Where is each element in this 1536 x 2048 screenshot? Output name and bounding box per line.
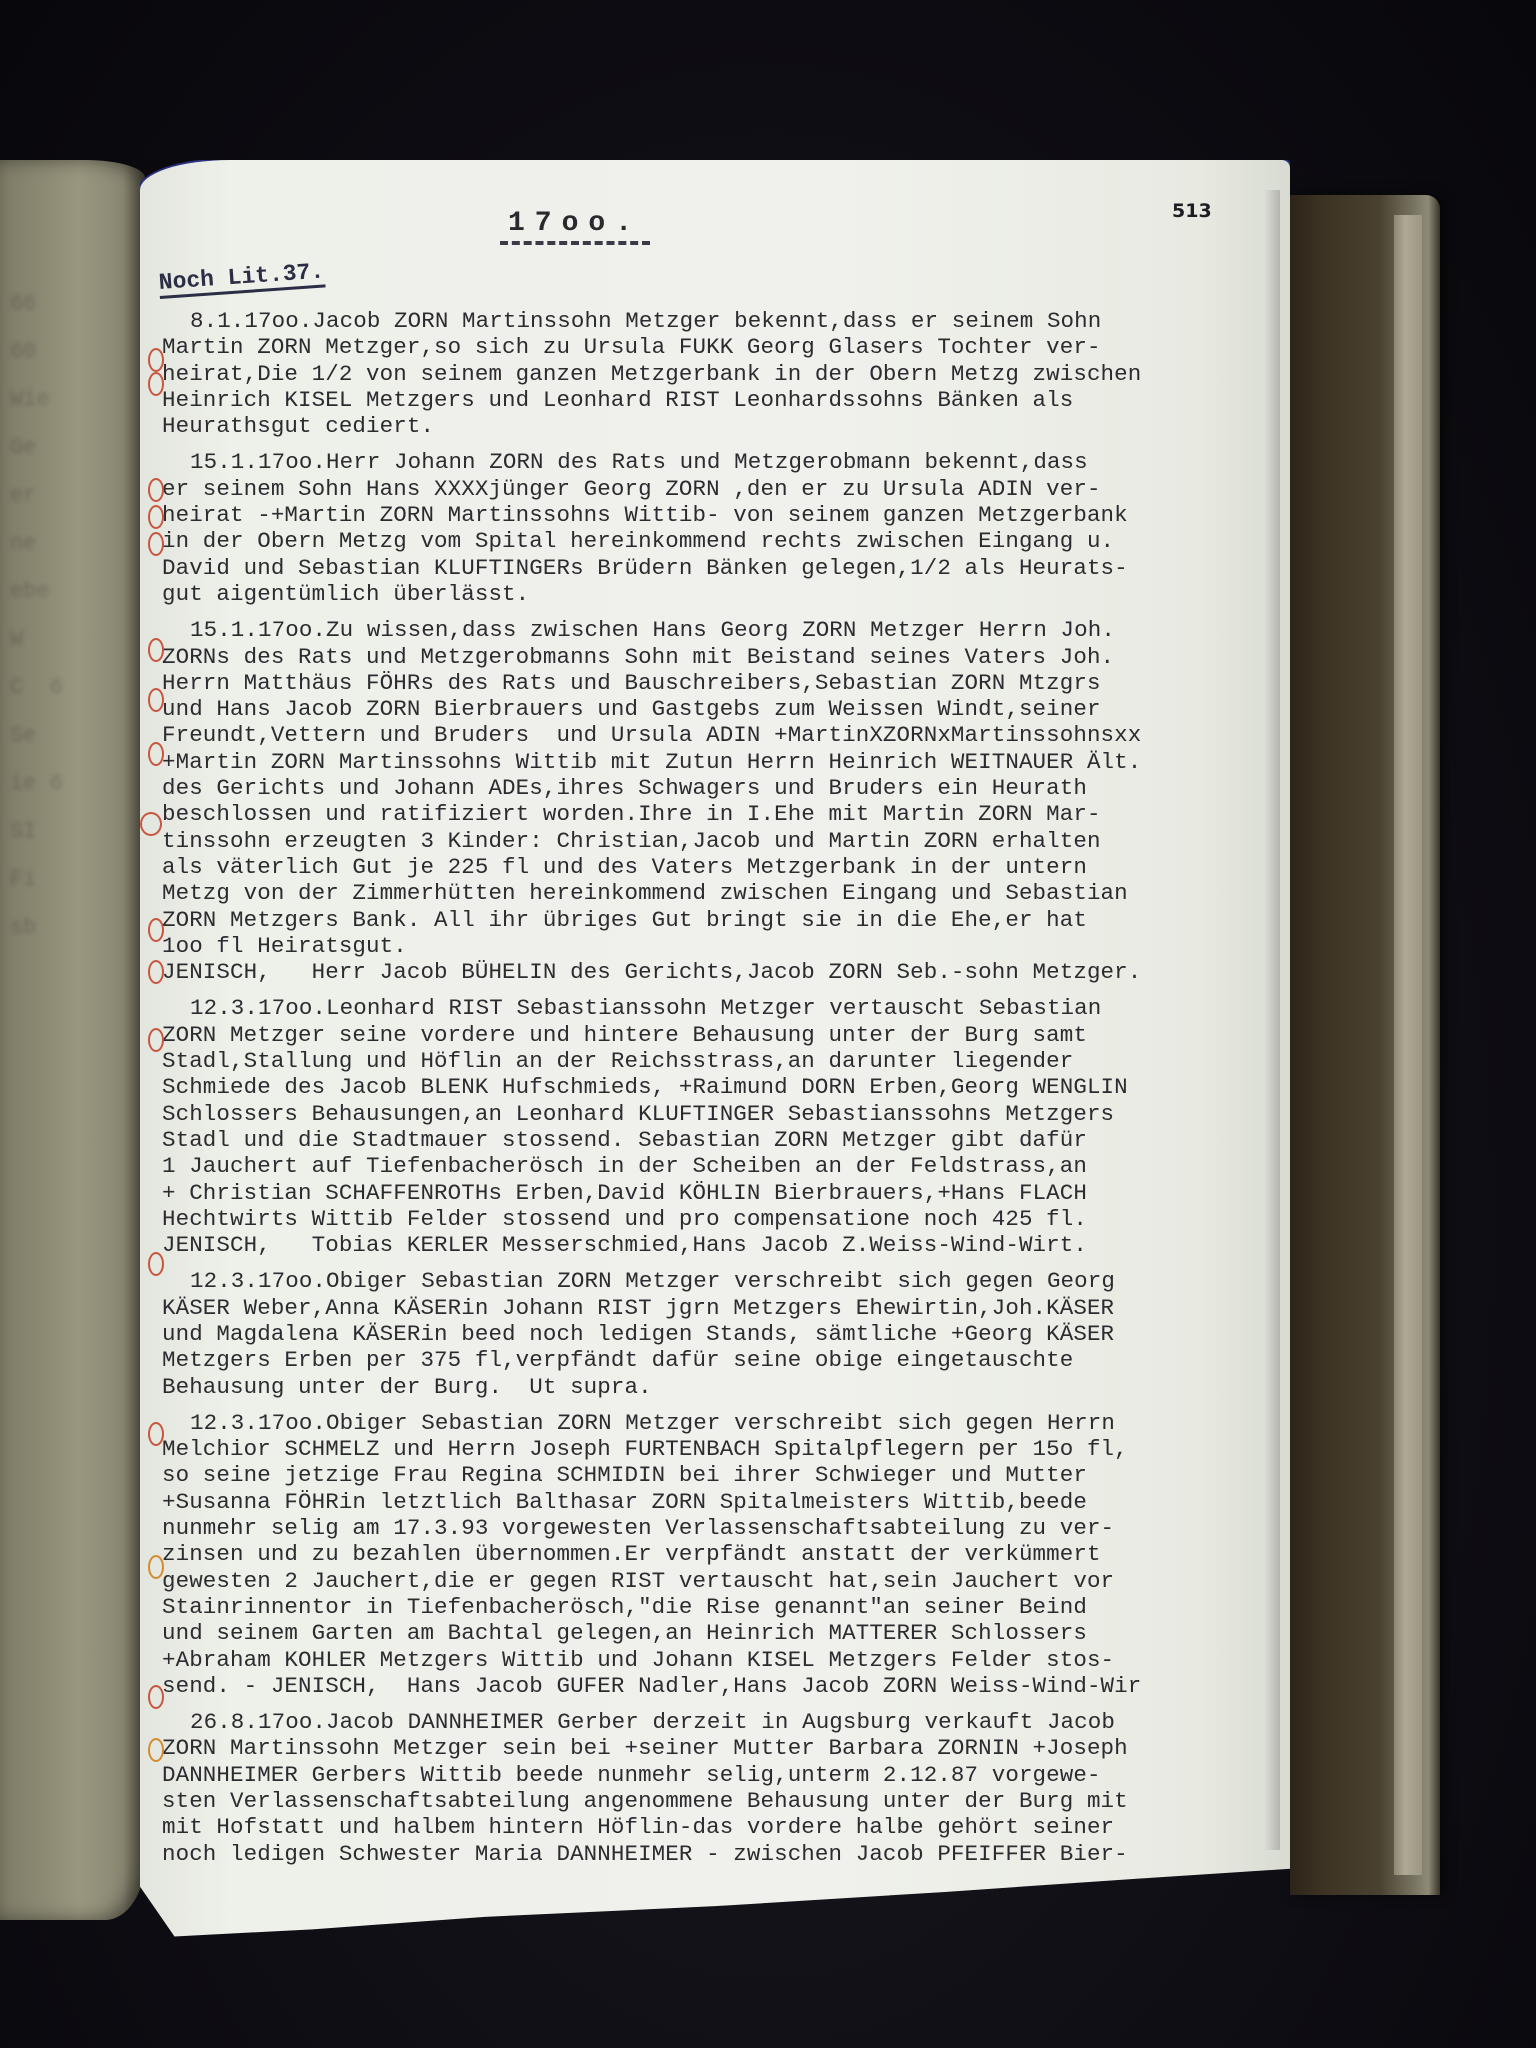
previous-page-bleed-text: 66 60 Wie Ge er ne ebe W C 6 Se ie 6 SI … bbox=[10, 280, 120, 952]
entry-line: heirat -+Martin ZORN Martinssohns Wittib… bbox=[162, 502, 1272, 528]
margin-annotation-mark bbox=[148, 1555, 164, 1579]
page-stack-edge bbox=[1394, 215, 1422, 1875]
entry-line: so seine jetzige Frau Regina SCHMIDIN be… bbox=[162, 1462, 1272, 1488]
register-entry: 15.1.17oo.Zu wissen,dass zwischen Hans G… bbox=[162, 617, 1272, 985]
entry-line: 12.3.17oo.Obiger Sebastian ZORN Metzger … bbox=[162, 1268, 1272, 1294]
entry-line: gewesten 2 Jauchert,die er gegen RIST ve… bbox=[162, 1568, 1272, 1594]
register-entry: 12.3.17oo.Leonhard RIST Sebastianssohn M… bbox=[162, 995, 1272, 1258]
entry-line: Stadl und die Stadtmauer stossend. Sebas… bbox=[162, 1127, 1272, 1153]
margin-annotation-mark bbox=[140, 812, 162, 836]
entry-line: mit Hofstatt und halbem hintern Höflin-d… bbox=[162, 1814, 1272, 1840]
entry-line: Herrn Matthäus FÖHRs des Rats und Bausch… bbox=[162, 670, 1272, 696]
entry-line: DANNHEIMER Gerbers Wittib beede nunmehr … bbox=[162, 1762, 1272, 1788]
entry-line: und Magdalena KÄSERin beed noch ledigen … bbox=[162, 1321, 1272, 1347]
entry-line: +Abraham KOHLER Metzgers Wittib und Joha… bbox=[162, 1647, 1272, 1673]
entry-line: Metzg von der Zimmerhütten hereinkommend… bbox=[162, 880, 1272, 906]
entry-line: +Susanna FÖHRin letztlich Balthasar ZORN… bbox=[162, 1489, 1272, 1515]
entry-line: ZORN Martinssohn Metzger sein bei +seine… bbox=[162, 1735, 1272, 1761]
entry-witnesses: JENISCH, Herr Jacob BÜHELIN des Gerichts… bbox=[162, 959, 1272, 985]
entry-line: Martin ZORN Metzger,so sich zu Ursula FU… bbox=[162, 334, 1272, 360]
margin-annotation-mark bbox=[148, 1252, 164, 1276]
margin-annotation-mark bbox=[148, 372, 164, 396]
entry-line: David und Sebastian KLUFTINGERs Brüdern … bbox=[162, 555, 1272, 581]
entry-line: 26.8.17oo.Jacob DANNHEIMER Gerber derzei… bbox=[162, 1709, 1272, 1735]
register-entry: 12.3.17oo.Obiger Sebastian ZORN Metzger … bbox=[162, 1268, 1272, 1399]
margin-annotation-mark bbox=[148, 742, 164, 766]
entry-line: Hechtwirts Wittib Felder stossend und pr… bbox=[162, 1206, 1272, 1232]
previous-book-page: 66 60 Wie Ge er ne ebe W C 6 Se ie 6 SI … bbox=[0, 160, 145, 1920]
entry-line: heirat,Die 1/2 von seinem ganzen Metzger… bbox=[162, 361, 1272, 387]
entry-line: Melchior SCHMELZ und Herrn Joseph FURTEN… bbox=[162, 1436, 1272, 1462]
entry-line: + Christian SCHAFFENROTHs Erben,David KÖ… bbox=[162, 1180, 1272, 1206]
entry-line: Heurathsgut cediert. bbox=[162, 413, 1272, 439]
book-fore-edge bbox=[1290, 195, 1440, 1895]
margin-annotation-mark bbox=[148, 348, 164, 372]
entry-line: ZORNs des Rats und Metzgerobmanns Sohn m… bbox=[162, 644, 1272, 670]
entry-line: 15.1.17oo.Herr Johann ZORN des Rats und … bbox=[162, 449, 1272, 475]
entry-line: Schmiede des Jacob BLENK Hufschmieds, +R… bbox=[162, 1074, 1272, 1100]
margin-annotation-mark bbox=[148, 505, 164, 529]
register-entry: 26.8.17oo.Jacob DANNHEIMER Gerber derzei… bbox=[162, 1709, 1272, 1867]
margin-annotation-mark bbox=[148, 918, 164, 942]
entry-line: +Martin ZORN Martinssohns Wittib mit Zut… bbox=[162, 749, 1272, 775]
entry-line: 12.3.17oo.Obiger Sebastian ZORN Metzger … bbox=[162, 1410, 1272, 1436]
register-body: 8.1.17oo.Jacob ZORN Martinssohn Metzger … bbox=[162, 308, 1272, 1877]
entry-line: er seinem Sohn Hans XXXXjünger Georg ZOR… bbox=[162, 476, 1272, 502]
margin-annotation-mark bbox=[148, 638, 164, 662]
entry-line: Metzgers Erben per 375 fl,verpfändt dafü… bbox=[162, 1347, 1272, 1373]
entry-line: Stainrinnentor in Tiefenbacherösch,"die … bbox=[162, 1594, 1272, 1620]
entry-line: sten Verlassenschaftsabteilung angenomme… bbox=[162, 1788, 1272, 1814]
entry-line: Behausung unter der Burg. Ut supra. bbox=[162, 1374, 1272, 1400]
entry-line: tinssohn erzeugten 3 Kinder: Christian,J… bbox=[162, 828, 1272, 854]
page-title-year: 17oo. bbox=[500, 208, 650, 245]
page-number: 513 bbox=[1172, 200, 1212, 222]
entry-line: KÄSER Weber,Anna KÄSERin Johann RIST jgr… bbox=[162, 1295, 1272, 1321]
entry-line: ZORN Metzgers Bank. All ihr übriges Gut … bbox=[162, 907, 1272, 933]
entry-line: 8.1.17oo.Jacob ZORN Martinssohn Metzger … bbox=[162, 308, 1272, 334]
section-heading: Noch Lit.37. bbox=[158, 259, 325, 299]
margin-annotation-mark bbox=[148, 478, 164, 502]
entry-line: des Gerichts und Johann ADEs,ihres Schwa… bbox=[162, 775, 1272, 801]
entry-witnesses: JENISCH, Tobias KERLER Messerschmied,Han… bbox=[162, 1232, 1272, 1258]
register-entry: 15.1.17oo.Herr Johann ZORN des Rats und … bbox=[162, 449, 1272, 607]
entry-line: 1 Jauchert auf Tiefenbacherösch in der S… bbox=[162, 1153, 1272, 1179]
entry-line: nunmehr selig am 17.3.93 vorgewesten Ver… bbox=[162, 1515, 1272, 1541]
margin-annotation-mark bbox=[148, 1422, 164, 1446]
entry-line: ZORN Metzger seine vordere und hintere B… bbox=[162, 1022, 1272, 1048]
margin-annotation-mark bbox=[148, 532, 164, 556]
entry-line: als väterlich Gut je 225 fl und des Vate… bbox=[162, 854, 1272, 880]
entry-line: 15.1.17oo.Zu wissen,dass zwischen Hans G… bbox=[162, 617, 1272, 643]
entry-line: Heinrich KISEL Metzgers und Leonhard RIS… bbox=[162, 387, 1272, 413]
entry-line: 12.3.17oo.Leonhard RIST Sebastianssohn M… bbox=[162, 995, 1272, 1021]
typewritten-page: 513 17oo. Noch Lit.37. 8.1.17oo.Jacob ZO… bbox=[140, 160, 1290, 1940]
entry-line: beschlossen und ratifiziert worden.Ihre … bbox=[162, 801, 1272, 827]
margin-annotation-mark bbox=[148, 1738, 164, 1762]
register-entry: 12.3.17oo.Obiger Sebastian ZORN Metzger … bbox=[162, 1410, 1272, 1699]
margin-annotation-mark bbox=[148, 1685, 164, 1709]
margin-annotation-mark bbox=[148, 688, 164, 712]
entry-line: Stadl,Stallung und Höflin an der Reichss… bbox=[162, 1048, 1272, 1074]
entry-line: send. - JENISCH, Hans Jacob GUFER Nadler… bbox=[162, 1673, 1272, 1699]
entry-line: Schlossers Behausungen,an Leonhard KLUFT… bbox=[162, 1101, 1272, 1127]
entry-line: noch ledigen Schwester Maria DANNHEIMER … bbox=[162, 1841, 1272, 1867]
margin-annotation-mark bbox=[148, 960, 164, 984]
margin-annotation-mark bbox=[148, 1028, 164, 1052]
entry-line: in der Obern Metzg vom Spital hereinkomm… bbox=[162, 528, 1272, 554]
register-entry: 8.1.17oo.Jacob ZORN Martinssohn Metzger … bbox=[162, 308, 1272, 439]
entry-line: 1oo fl Heiratsgut. bbox=[162, 933, 1272, 959]
entry-line: zinsen und zu bezahlen übernommen.Er ver… bbox=[162, 1541, 1272, 1567]
entry-line: gut aigentümlich überlässt. bbox=[162, 581, 1272, 607]
entry-line: und seinem Garten am Bachtal gelegen,an … bbox=[162, 1620, 1272, 1646]
entry-line: und Hans Jacob ZORN Bierbrauers und Gast… bbox=[162, 696, 1272, 722]
entry-line: Freundt,Vettern und Bruders und Ursula A… bbox=[162, 722, 1272, 748]
